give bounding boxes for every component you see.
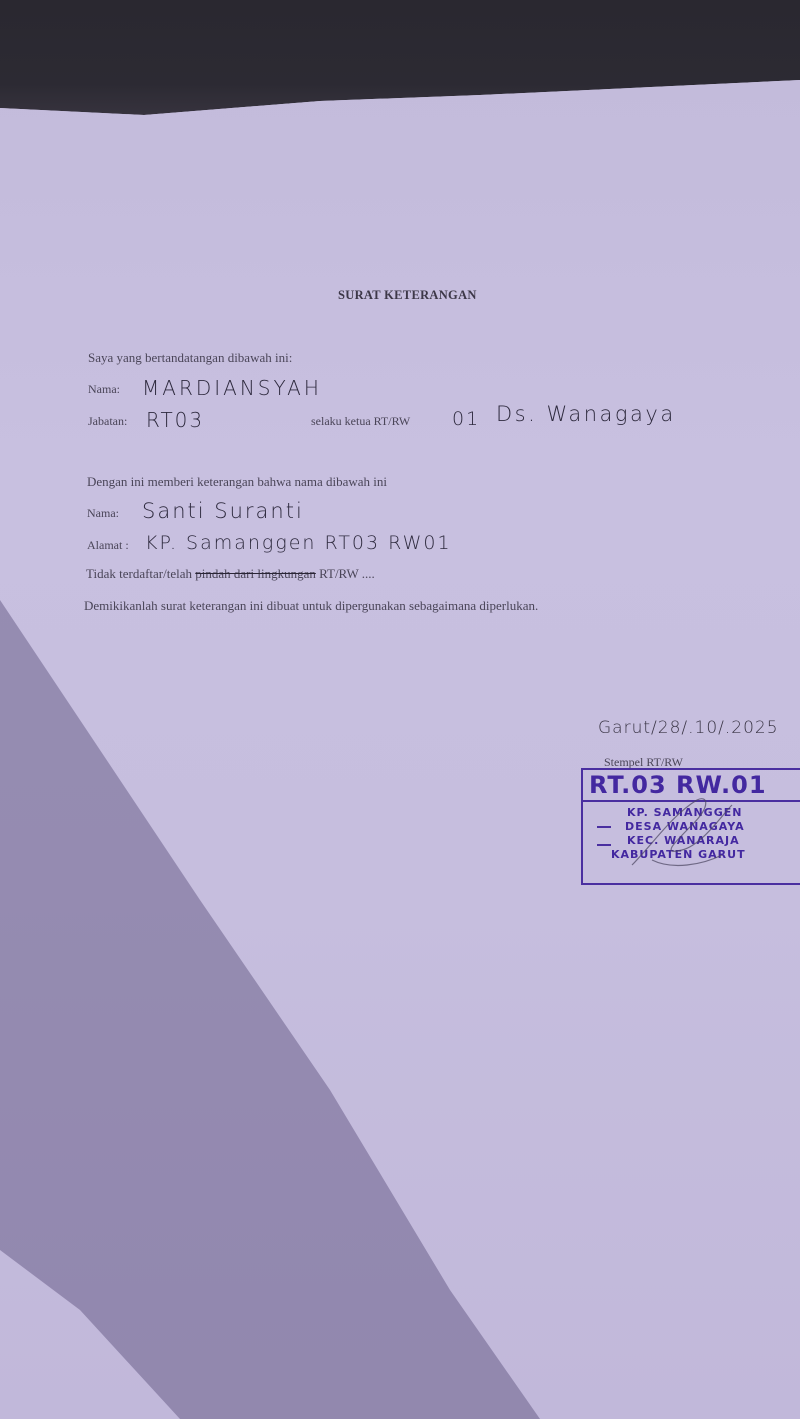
signer-role-text: selaku ketua RT/RW: [311, 414, 410, 429]
subject-address-value: KP. Samanggen RT03 RW01: [145, 532, 452, 554]
subject-name-label: Nama:: [87, 506, 119, 521]
signer-name-value: MARDIANSYAH: [142, 376, 322, 400]
stamp-line: KP. SAMANGGEN: [627, 806, 800, 820]
status-prefix: Tidak terdaftar/telah: [86, 566, 195, 581]
stamp-dash: [597, 826, 611, 828]
rt-rw-stamp: RT.03 RW.01 KP. SAMANGGEN DESA WANAGAYA …: [581, 768, 800, 885]
status-line: Tidak terdaftar/telah pindah dari lingku…: [86, 566, 375, 582]
signer-rw-value: 01: [452, 408, 480, 430]
closing-text: Demikikanlah surat keterangan ini dibuat…: [84, 598, 538, 614]
status-struck-text: pindah dari lingkungan: [195, 566, 316, 581]
subject-address-label: Alamat :: [87, 538, 129, 553]
paper-sheet: [0, 78, 800, 1419]
signer-position-value: RT03: [146, 408, 204, 432]
document-title: SURAT KETERANGAN: [338, 288, 477, 303]
stamp-dash: [597, 844, 611, 846]
signer-village-value: Ds. Wanagaya: [496, 402, 676, 426]
subject-name-value: Santi Suranti: [142, 499, 304, 523]
statement-text: Dengan ini memberi keterangan bahwa nama…: [87, 474, 387, 490]
stamp-line: KABUPATEN GARUT: [611, 848, 800, 862]
stamp-line: DESA WANAGAYA: [625, 820, 800, 834]
intro-text: Saya yang bertandatangan dibawah ini:: [88, 350, 292, 366]
signer-position-label: Jabatan:: [88, 414, 127, 429]
place-date: Garut/28/.10/.2025: [598, 718, 779, 738]
stamp-header: RT.03 RW.01: [583, 770, 800, 802]
signer-name-label: Nama:: [88, 382, 120, 397]
stamp-line: KEC. WANARAJA: [627, 834, 800, 848]
status-suffix: RT/RW ....: [316, 566, 375, 581]
